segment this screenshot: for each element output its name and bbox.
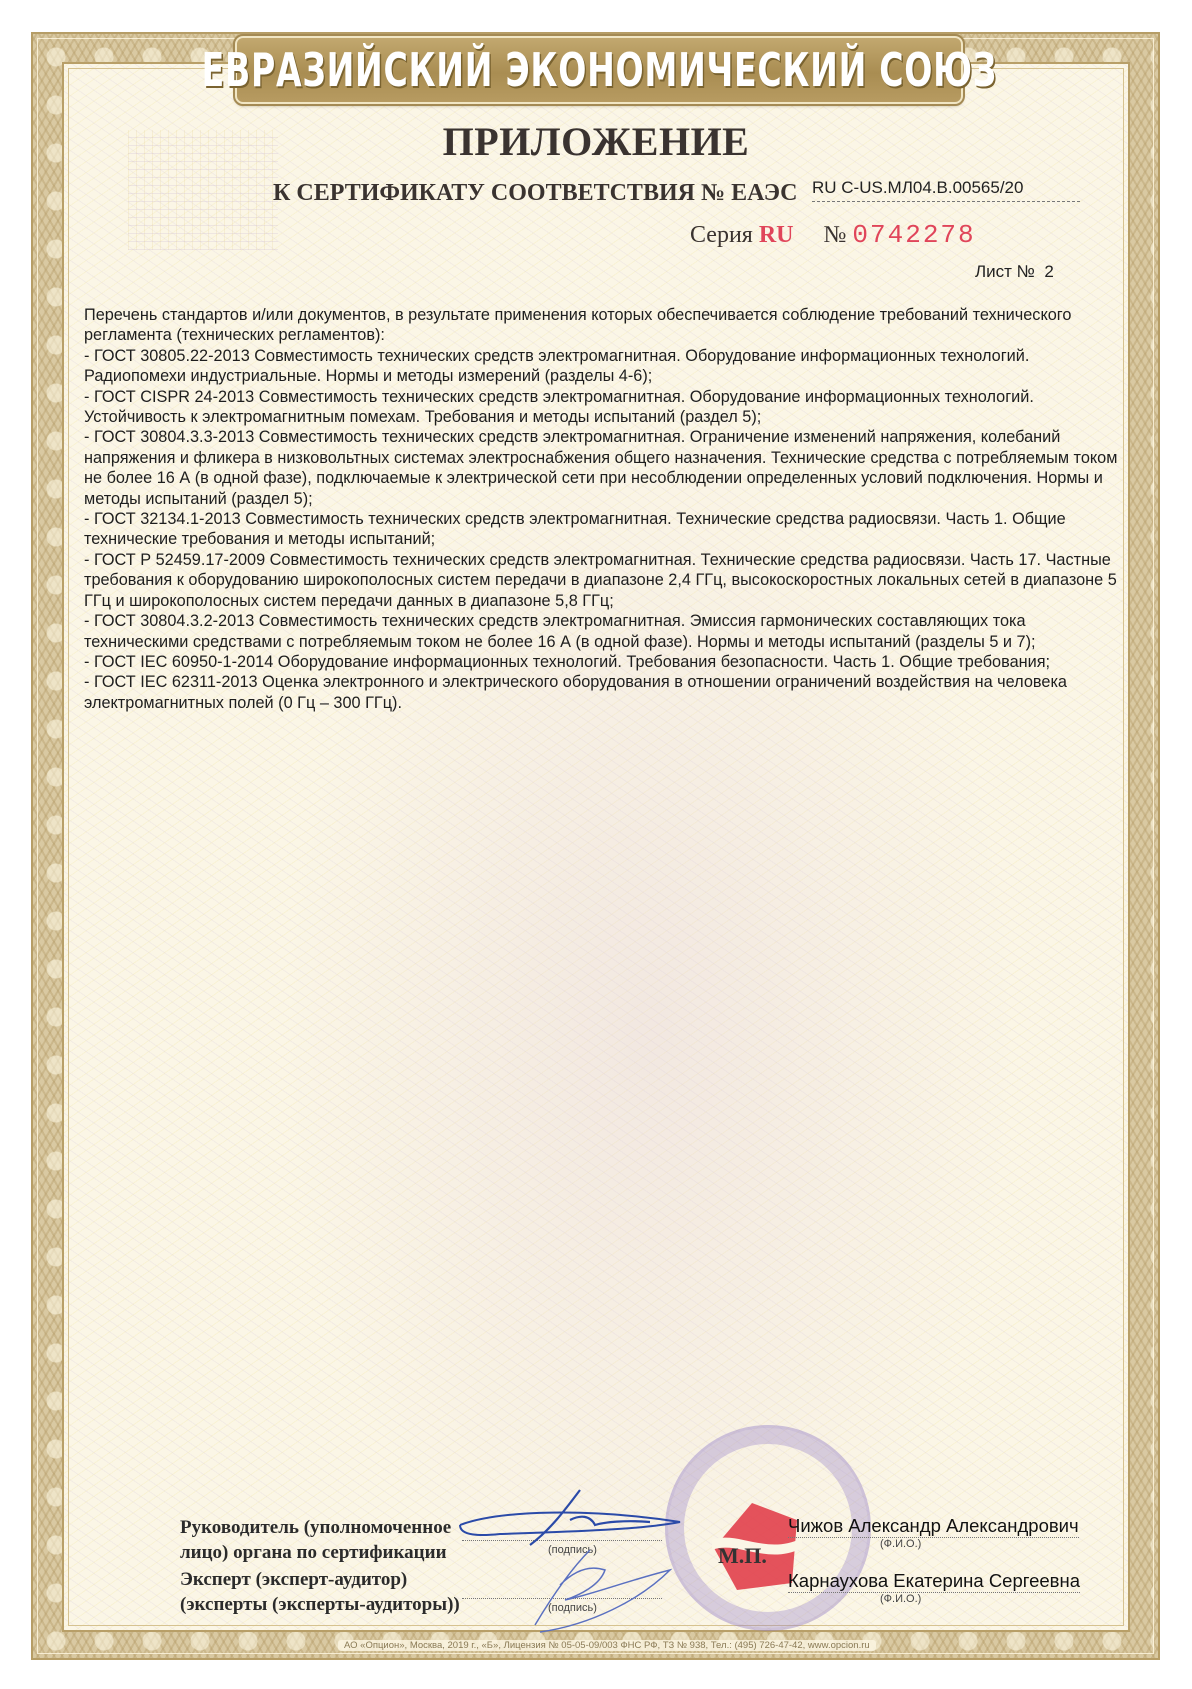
standard-item: - ГОСТ IEC 62311-2013 Оценка электронног…	[84, 672, 1124, 713]
sheet-number: Лист № 2	[975, 262, 1054, 282]
expert-name: Карнаухова Екатерина Сергеевна	[788, 1570, 1080, 1593]
sheet-value: 2	[1044, 262, 1053, 281]
expert-signature-caption: (подпись)	[548, 1602, 597, 1614]
form-number: 0742278	[852, 220, 975, 250]
page-title: ПРИЛОЖЕНИЕ	[0, 118, 1192, 165]
head-signature-caption: (подпись)	[548, 1544, 597, 1556]
expert-signature-line	[462, 1598, 662, 1599]
standard-item: - ГОСТ CISPR 24-2013 Совместимость техни…	[84, 387, 1124, 428]
printer-imprint: АО «Опцион», Москва, 2019 г., «Б», Лицен…	[338, 1640, 876, 1651]
certificate-subtitle: К СЕРТИФИКАТУ СООТВЕТСТВИЯ № ЕАЭС	[273, 180, 797, 207]
intro-paragraph: Перечень стандартов и/или документов, в …	[84, 305, 1124, 346]
head-label-line1: Руководитель (уполномоченное	[180, 1515, 451, 1540]
expert-label-line1: Эксперт (эксперт-аудитор)	[180, 1567, 460, 1592]
sheet-label: Лист №	[975, 262, 1035, 281]
standard-item: - ГОСТ 32134.1-2013 Совместимость технич…	[84, 509, 1124, 550]
head-name: Чижов Александр Александрович	[788, 1515, 1079, 1538]
head-of-body-label: Руководитель (уполномоченное лицо) орган…	[180, 1515, 451, 1565]
standard-item: - ГОСТ 30805.22-2013 Совместимость техни…	[84, 346, 1124, 387]
certificate-number: RU C-US.МЛ04.В.00565/20	[812, 178, 1080, 202]
series-label: Серия	[690, 222, 753, 248]
standards-list: Перечень стандартов и/или документов, в …	[84, 305, 1124, 713]
number-label: №	[824, 222, 847, 248]
head-name-caption: (Ф.И.О.)	[880, 1538, 921, 1550]
expert-name-caption: (Ф.И.О.)	[880, 1593, 921, 1605]
standard-item: - ГОСТ 30804.3.2-2013 Совместимость техн…	[84, 611, 1124, 652]
expert-label-line2: (эксперты (эксперты-аудиторы))	[180, 1592, 460, 1617]
standard-item: - ГОСТ Р 52459.17-2009 Совместимость тех…	[84, 550, 1124, 611]
standard-item: - ГОСТ 30804.3.3-2013 Совместимость техн…	[84, 427, 1124, 509]
series-line: Серия RU № 0742278	[690, 220, 976, 250]
expert-label: Эксперт (эксперт-аудитор) (эксперты (экс…	[180, 1567, 460, 1617]
banner-text: ЕВРАЗИЙСКИЙ ЭКОНОМИЧЕСКИЙ СОЮЗ	[201, 43, 996, 97]
head-label-line2: лицо) органа по сертификации	[180, 1540, 451, 1565]
series-value: RU	[759, 222, 794, 248]
stamp-place-label: М.П.	[718, 1543, 767, 1569]
head-signature-line	[462, 1540, 662, 1541]
certificate-paper	[62, 62, 1130, 1632]
standard-item: - ГОСТ IEC 60950-1-2014 Оборудование инф…	[84, 652, 1124, 672]
union-banner: ЕВРАЗИЙСКИЙ ЭКОНОМИЧЕСКИЙ СОЮЗ	[235, 36, 963, 104]
